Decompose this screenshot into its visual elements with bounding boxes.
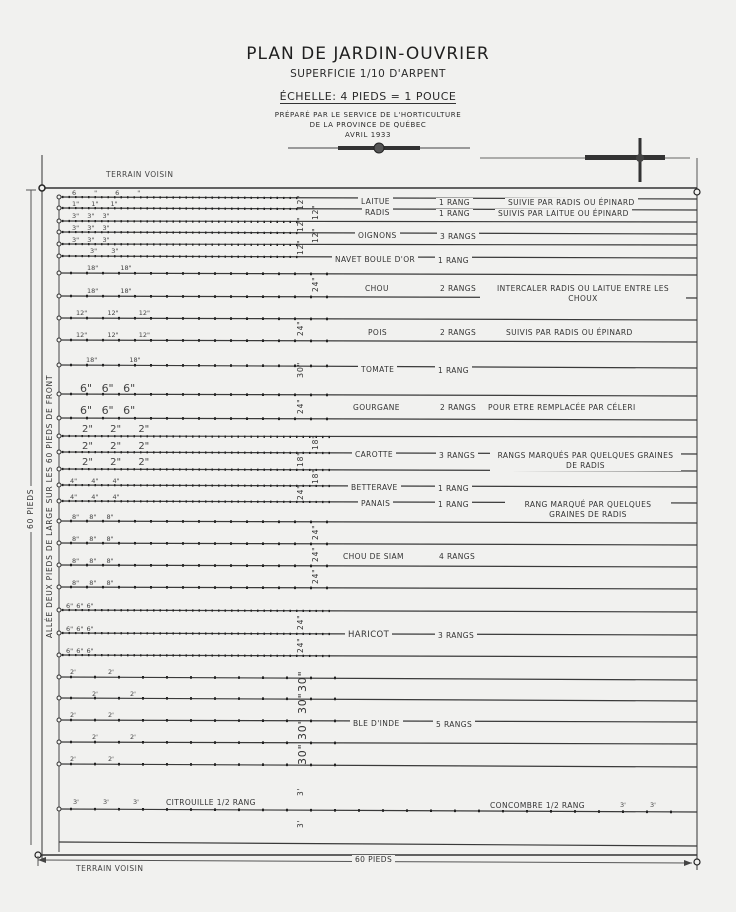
crop-haricot-name: HARICOT xyxy=(345,630,392,640)
spacing-value: 2' xyxy=(130,690,136,698)
spacing-oignons-2: 3" 3" 3" xyxy=(72,224,110,232)
crop-oignons-rows: 3 RANGS xyxy=(437,232,479,241)
crop-laitue-note: SUIVIE PAR RADIS OU ÉPINARD xyxy=(505,198,638,207)
spacing-value: 8" xyxy=(72,557,79,565)
crop-carotte-note: RANGS MARQUÉS PAR QUELQUES GRAINES DE RA… xyxy=(490,451,681,471)
spacing-value: 3' xyxy=(620,801,626,809)
row-gap: 24" xyxy=(311,525,320,540)
spacing-value: 12" xyxy=(139,309,150,317)
spacing-chou-de-siam-3: 8" 8" 8" xyxy=(72,557,114,565)
row-gap: 30" xyxy=(296,719,309,740)
spacing-value: 6" xyxy=(115,189,158,197)
spacing-value: 3" xyxy=(111,247,118,255)
spacing-navet: 3" 3" xyxy=(90,247,118,255)
spacing-value: 4" xyxy=(91,493,98,501)
spacing-value: 12" xyxy=(139,331,150,339)
spacing-value: 4" xyxy=(112,477,119,485)
spacing-tomate: 18" 18" xyxy=(86,356,141,364)
spacing-ble-3: 2' 2' xyxy=(70,711,114,719)
spacing-value: 6" xyxy=(66,625,73,633)
spacing-value: 6" xyxy=(72,189,115,197)
row-gap: 24" xyxy=(311,277,320,292)
spacing-value: 4" xyxy=(70,493,77,501)
row-gap: 24" xyxy=(296,485,305,500)
spacing-citrouille: 3' 3' 3' xyxy=(73,798,139,806)
spacing-chou-de-siam-4: 8" 8" 8" xyxy=(72,579,114,587)
row-gap: 12" xyxy=(296,195,305,210)
spacing-concombre: 3' 3' xyxy=(620,801,656,809)
spacing-value: 2' xyxy=(108,668,114,676)
crop-carotte-rows: 3 RANGS xyxy=(436,451,478,460)
row-gap: 30" xyxy=(296,671,309,692)
spacing-value: 2" xyxy=(138,424,149,435)
spacing-value: 4" xyxy=(112,493,119,501)
row-gap: 30" xyxy=(296,693,309,714)
spacing-carotte-1: 2" 2" 2" xyxy=(82,424,149,435)
spacing-value: 12" xyxy=(76,331,87,339)
spacing-ble-2: 2' 2' xyxy=(92,690,136,698)
aisle-label: ALLÉE DEUX PIEDS DE LARGE SUR LES 60 PIE… xyxy=(45,375,54,638)
row-gap: 30" xyxy=(296,362,305,378)
spacing-value: 1" xyxy=(91,200,98,208)
spacing-value: 2' xyxy=(108,711,114,719)
north-arrow-icon xyxy=(480,138,697,188)
crop-navet-name: NAVET BOULE D'OR xyxy=(332,255,418,264)
spacing-value: 1" xyxy=(72,200,79,208)
spacing-value: 8" xyxy=(72,579,79,587)
spacing-pois-2: 12" 12" 12" xyxy=(76,331,150,339)
row-gap: 12" xyxy=(296,240,305,255)
spacing-carotte-2: 2" 2" 2" xyxy=(82,441,149,452)
row-gap: 24" xyxy=(311,547,320,562)
crop-chou-name: CHOU xyxy=(362,284,392,293)
spacing-value: 3" xyxy=(72,224,79,232)
spacing-value: 3' xyxy=(103,798,109,806)
spacing-carotte-3: 2" 2" 2" xyxy=(82,457,149,468)
spacing-value: 3" xyxy=(72,236,79,244)
row-gap: 18" xyxy=(311,469,320,484)
spacing-value: 2" xyxy=(138,441,149,452)
spacing-value: 18" xyxy=(87,264,98,272)
spacing-value: 12" xyxy=(76,309,87,317)
crop-panais-note: RANG MARQUÉ PAR QUELQUES GRAINES DE RADI… xyxy=(505,500,671,520)
crop-chou-rows: 2 RANGS xyxy=(437,284,479,293)
crop-pois-note: SUIVIS PAR RADIS OU ÉPINARD xyxy=(503,328,636,337)
crop-haricot-rows: 3 RANGS xyxy=(435,631,477,640)
spacing-chou-1: 18" 18" xyxy=(87,264,132,272)
spacing-chou-de-siam-2: 8" 8" 8" xyxy=(72,535,114,543)
spacing-value: 6" xyxy=(66,647,73,655)
spacing-value: 2" xyxy=(138,457,149,468)
spacing-ble-4: 2' 2' xyxy=(92,733,136,741)
row-gap: 24" xyxy=(296,321,305,336)
spacing-value: 6" xyxy=(80,382,92,395)
crop-gourgane-name: GOURGANE xyxy=(350,403,403,412)
spacing-panais: 4" 4" 4" xyxy=(70,493,120,501)
spacing-value: 3" xyxy=(102,224,109,232)
crop-radis-rows: 1 RANG xyxy=(436,209,473,218)
spacing-value: 3' xyxy=(133,798,139,806)
spacing-oignons-1: 3" 3" 3" xyxy=(72,212,110,220)
row-gap: 30" xyxy=(296,744,309,765)
spacing-gourgane-1: 6" 6" 6" xyxy=(80,382,135,395)
spacing-value: 18" xyxy=(86,356,97,364)
spacing-haricot-2: 6" 6" 6" xyxy=(66,625,94,633)
spacing-value: 2' xyxy=(130,733,136,741)
spacing-laitue: 6"6" xyxy=(72,189,158,197)
spacing-value: 12" xyxy=(107,331,118,339)
spacing-value: 4" xyxy=(91,477,98,485)
crop-chou-note: INTERCALER RADIS OU LAITUE ENTRE LES CHO… xyxy=(480,284,686,304)
crop-tomate-name: TOMATE xyxy=(358,365,397,374)
spacing-value: 8" xyxy=(89,513,96,521)
crop-concombre-name: CONCOMBRE 1/2 RANG xyxy=(487,801,588,810)
spacing-value: 4" xyxy=(70,477,77,485)
spacing-value: 2' xyxy=(70,668,76,676)
spacing-value: 3" xyxy=(72,212,79,220)
spacing-value: 3" xyxy=(102,236,109,244)
crop-betterave-rows: 1 RANG xyxy=(435,484,472,493)
row-gap: 24" xyxy=(311,569,320,584)
crop-radis-note: SUIVIS PAR LAITUE OU ÉPINARD xyxy=(495,209,632,218)
spacing-value: 2' xyxy=(92,733,98,741)
spacing-value: 3" xyxy=(87,224,94,232)
crop-navet-rows: 1 RANG xyxy=(435,256,472,265)
spacing-value: 6" xyxy=(66,602,73,610)
crop-panais-rows: 1 RANG xyxy=(435,500,472,509)
row-gap: 24" xyxy=(296,399,305,414)
spacing-haricot-3: 6" 6" 6" xyxy=(66,647,94,655)
crop-pois-rows: 2 RANGS xyxy=(437,328,479,337)
spacing-chou-de-siam-1: 8" 8" 8" xyxy=(72,513,114,521)
crop-ble-dinde-rows: 5 RANGS xyxy=(433,720,475,729)
row-gap: 12" xyxy=(311,205,320,220)
spacing-value: 6" xyxy=(102,404,114,417)
spacing-value: 8" xyxy=(106,535,113,543)
row-gap: 18" xyxy=(311,435,320,450)
crop-gourgane-rows: 2 RANGS xyxy=(437,403,479,412)
spacing-value: 18" xyxy=(120,287,131,295)
crop-tomate-rows: 1 RANG xyxy=(435,366,472,375)
row-gap: 12" xyxy=(311,228,320,243)
spacing-value: 18" xyxy=(87,287,98,295)
spacing-oignons-3: 3" 3" 3" xyxy=(72,236,110,244)
spacing-haricot-1: 6" 6" 6" xyxy=(66,602,94,610)
spacing-value: 18" xyxy=(120,264,131,272)
crop-chou-de-siam-rows: 4 RANGS xyxy=(436,552,478,561)
spacing-gourgane-2: 6" 6" 6" xyxy=(80,404,135,417)
crop-pois-name: POIS xyxy=(365,328,390,337)
spacing-ble-1: 2' 2' xyxy=(70,668,114,676)
bottom-dimension-label: 60 PIEDS xyxy=(352,855,395,864)
row-gap: 18" xyxy=(296,452,305,467)
spacing-value: 2" xyxy=(110,457,121,468)
spacing-value: 1" xyxy=(110,200,117,208)
spacing-radis: 1" 1" 1" xyxy=(72,200,118,208)
spacing-value: 8" xyxy=(106,557,113,565)
row-gap: 3' xyxy=(296,820,305,828)
spacing-value: 3" xyxy=(102,212,109,220)
spacing-value: 2" xyxy=(82,457,93,468)
bottom-neighbor-label: TERRAIN VOISIN xyxy=(76,864,143,873)
spacing-value: 2' xyxy=(70,755,76,763)
crop-carotte-name: CAROTTE xyxy=(352,450,396,459)
spacing-value: 3" xyxy=(87,236,94,244)
crop-ble-dinde-name: BLE D'INDE xyxy=(350,719,403,728)
top-neighbor-label: TERRAIN VOISIN xyxy=(106,170,173,179)
spacing-value: 6" xyxy=(80,404,92,417)
spacing-value: 3' xyxy=(650,801,656,809)
row-gap: 12" xyxy=(296,217,305,232)
spacing-value: 8" xyxy=(89,557,96,565)
spacing-ble-5: 2' 2' xyxy=(70,755,114,763)
crop-gourgane-note: POUR ETRE REMPLACÉE PAR CÉLERI xyxy=(485,403,639,412)
row-gap: 3' xyxy=(296,788,305,796)
spacing-value: 2' xyxy=(108,755,114,763)
spacing-value: 6" xyxy=(123,382,135,395)
spacing-value: 2' xyxy=(70,711,76,719)
spacing-value: 6" xyxy=(86,647,93,655)
spacing-value: 8" xyxy=(106,579,113,587)
spacing-value: 8" xyxy=(89,535,96,543)
spacing-value: 6" xyxy=(76,602,83,610)
spacing-value: 2' xyxy=(92,690,98,698)
row-gap: 24" xyxy=(296,638,305,653)
spacing-betterave: 4" 4" 4" xyxy=(70,477,120,485)
spacing-value: 12" xyxy=(107,309,118,317)
spacing-value: 6" xyxy=(76,647,83,655)
spacing-value: 8" xyxy=(89,579,96,587)
spacing-value: 8" xyxy=(72,535,79,543)
crop-laitue-rows: 1 RANG xyxy=(436,198,473,207)
spacing-value: 2" xyxy=(82,424,93,435)
crop-citrouille-name: CITROUILLE 1/2 RANG xyxy=(163,798,259,807)
crop-betterave-name: BETTERAVE xyxy=(348,483,401,492)
spacing-value: 2" xyxy=(110,441,121,452)
spacing-value: 2" xyxy=(82,441,93,452)
left-dimension-label: 60 PIEDS xyxy=(26,486,35,532)
spacing-value: 3" xyxy=(90,247,97,255)
crop-panais-name: PANAIS xyxy=(358,499,393,508)
spacing-value: 8" xyxy=(106,513,113,521)
spacing-value: 6" xyxy=(76,625,83,633)
spacing-value: 18" xyxy=(129,356,140,364)
spacing-value: 6" xyxy=(102,382,114,395)
crop-radis-name: RADIS xyxy=(362,208,393,217)
header-ornament xyxy=(288,143,470,153)
spacing-value: 2" xyxy=(110,424,121,435)
crop-chou-de-siam-name: CHOU DE SIAM xyxy=(340,552,407,561)
spacing-chou-2: 18" 18" xyxy=(87,287,132,295)
spacing-value: 6" xyxy=(86,625,93,633)
crop-laitue-name: LAITUE xyxy=(358,197,393,206)
spacing-value: 6" xyxy=(123,404,135,417)
spacing-pois-1: 12" 12" 12" xyxy=(76,309,150,317)
spacing-value: 3" xyxy=(87,212,94,220)
spacing-value: 8" xyxy=(72,513,79,521)
spacing-value: 3' xyxy=(73,798,79,806)
row-gap: 24" xyxy=(296,615,305,630)
crop-oignons-name: OIGNONS xyxy=(355,231,400,240)
spacing-value: 6" xyxy=(86,602,93,610)
